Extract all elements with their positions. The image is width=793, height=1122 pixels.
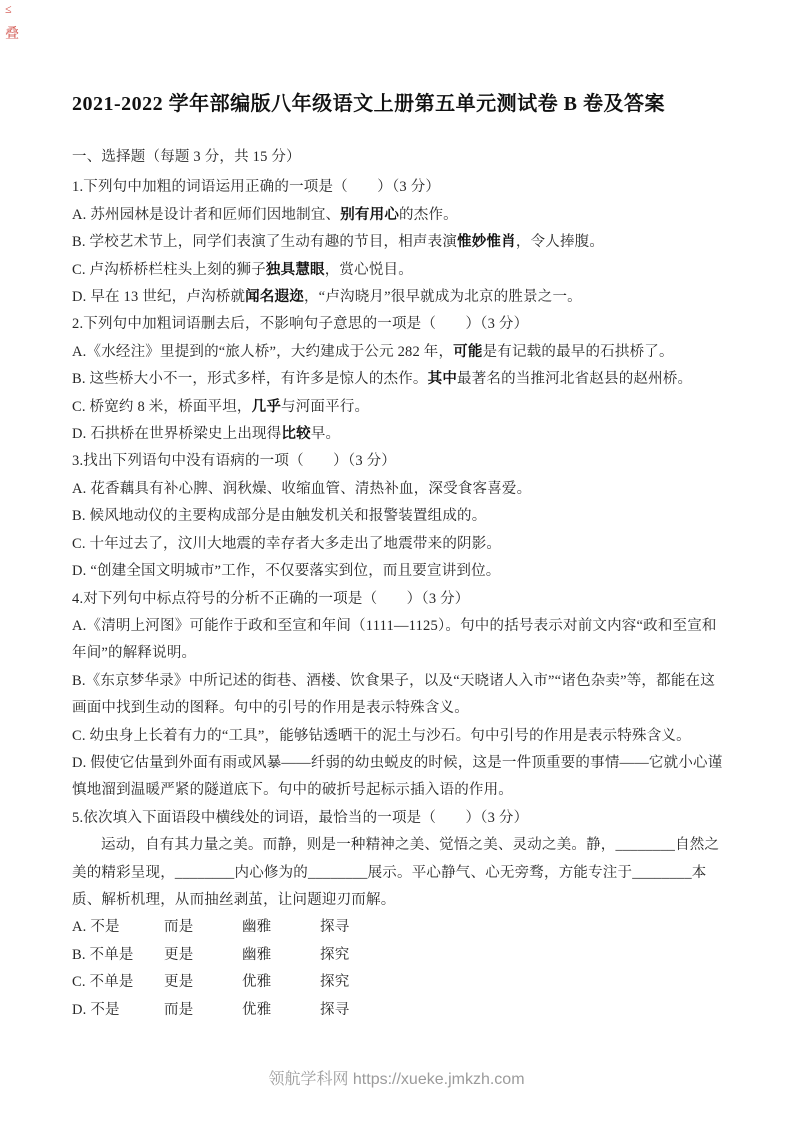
q5-option-cell: D. 不是 <box>72 997 164 1024</box>
q5-option-cell: B. 不单是 <box>72 942 164 969</box>
q2-stem: 2.下列句中加粗词语删去后，不影响句子意思的一项是（ ）（3 分） <box>72 311 727 338</box>
q3-option-a: A. 花香藕具有补心脾、润秋燥、收缩血管、清热补血，深受食客喜爱。 <box>72 476 727 503</box>
q5-option-row-d: D. 不是 而是 优雅 探寻 <box>72 997 727 1024</box>
corner-mark-icon: ≤ <box>5 3 19 17</box>
q5-option-cell: 更是 <box>164 969 242 996</box>
q5-option-cell: 幽雅 <box>242 914 320 941</box>
q5-option-cell: 而是 <box>164 997 242 1024</box>
q2-option-d: D. 石拱桥在世界桥梁史上出现得比较早。 <box>72 421 727 448</box>
q4-option-c: C. 幼虫身上长着有力的“工具”，能够钻透晒干的泥土与沙石。句中引号的作用是表示… <box>72 723 727 750</box>
q2-option-c: C. 桥宽约 8 米，桥面平坦，几乎与河面平行。 <box>72 394 727 421</box>
corner-stamp: ≤ 叠 <box>5 3 19 43</box>
q2-option-b: B. 这些桥大小不一，形式多样，有许多是惊人的杰作。其中最著名的当推河北省赵县的… <box>72 366 727 393</box>
q5-stem: 5.依次填入下面语段中横线处的词语，最恰当的一项是（ ）（3 分） <box>72 805 727 832</box>
q5-option-row-c: C. 不单是 更是 优雅 探究 <box>72 969 727 996</box>
page-title: 2021-2022 学年部编版八年级语文上册第五单元测试卷 B 卷及答案 <box>72 90 727 118</box>
q5-option-row-a: A. 不是 而是 幽雅 探寻 <box>72 914 727 941</box>
q5-option-cell: 优雅 <box>242 997 320 1024</box>
q3-stem: 3.找出下列语句中没有语病的一项（ ）（3 分） <box>72 448 727 475</box>
q1-stem: 1.下列句中加粗的词语运用正确的一项是（ ）（3 分） <box>72 174 727 201</box>
q5-option-cell: 而是 <box>164 914 242 941</box>
q4-option-d: D. 假使它估量到外面有雨或风暴——纤弱的幼虫蜕皮的时候，这是一件顶重要的事情—… <box>72 750 727 805</box>
q5-option-row-b: B. 不单是 更是 幽雅 探究 <box>72 942 727 969</box>
q4-option-a: A.《清明上河图》可能作于政和至宣和年间（1111—1125）。句中的括号表示对… <box>72 613 727 668</box>
q3-option-d: D. “创建全国文明城市”工作，不仅要落实到位，而且要宣讲到位。 <box>72 558 727 585</box>
site-watermark: 领航学科网 https://xueke.jmkzh.com <box>0 1066 793 1089</box>
q1-option-c: C. 卢沟桥桥栏柱头上刻的狮子独具慧眼，赏心悦目。 <box>72 257 727 284</box>
document-content: 2021-2022 学年部编版八年级语文上册第五单元测试卷 B 卷及答案 一、选… <box>72 90 727 1024</box>
q5-option-cell: 探寻 <box>320 997 727 1024</box>
q4-option-b: B.《东京梦华录》中所记述的街巷、酒楼、饮食果子，以及“天晓诸人入市”“诸色杂卖… <box>72 668 727 723</box>
q2-option-a: A.《水经注》里提到的“旅人桥”，大约建成于公元 282 年，可能是有记载的最早… <box>72 339 727 366</box>
q5-passage: 运动，自有其力量之美。而静，则是一种精神之美、觉悟之美、灵动之美。静，_____… <box>72 832 727 914</box>
q3-option-c: C. 十年过去了，汶川大地震的幸存者大多走出了地震带来的阴影。 <box>72 531 727 558</box>
q1-option-d: D. 早在 13 世纪，卢沟桥就闻名遐迩，“卢沟晓月”很早就成为北京的胜景之一。 <box>72 284 727 311</box>
q1-option-a: A. 苏州园林是设计者和匠师们因地制宜、别有用心的杰作。 <box>72 202 727 229</box>
q5-option-cell: 探究 <box>320 969 727 996</box>
q3-option-b: B. 候风地动仪的主要构成部分是由触发机关和报警装置组成的。 <box>72 503 727 530</box>
q4-stem: 4.对下列句中标点符号的分析不正确的一项是（ ）（3 分） <box>72 586 727 613</box>
q5-option-cell: 优雅 <box>242 969 320 996</box>
q5-option-cell: 更是 <box>164 942 242 969</box>
q5-option-cell: 探寻 <box>320 914 727 941</box>
q5-option-cell: 幽雅 <box>242 942 320 969</box>
section-header: 一、选择题（每题 3 分，共 15 分） <box>72 144 727 171</box>
q5-option-cell: 探究 <box>320 942 727 969</box>
q5-option-cell: A. 不是 <box>72 914 164 941</box>
corner-mark-icon: 叠 <box>5 27 19 43</box>
q5-option-cell: C. 不单是 <box>72 969 164 996</box>
q1-option-b: B. 学校艺术节上，同学们表演了生动有趣的节目，相声表演惟妙惟肖，令人捧腹。 <box>72 229 727 256</box>
document-page: ≤ 叠 2021-2022 学年部编版八年级语文上册第五单元测试卷 B 卷及答案… <box>0 0 793 1122</box>
